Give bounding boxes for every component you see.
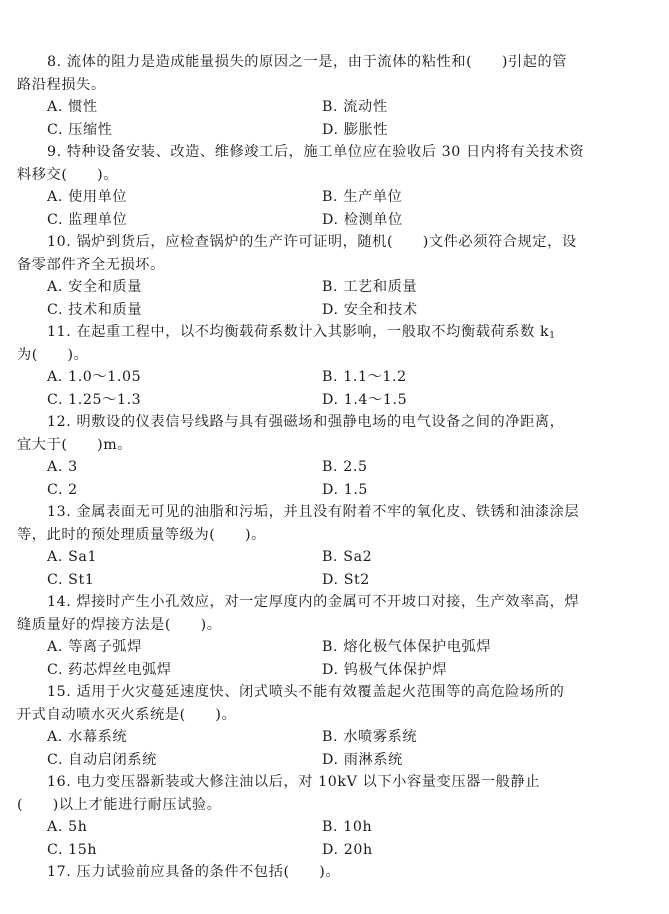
option-d: D. 安全和技术	[322, 299, 418, 322]
question-text-continued: 开式自动喷水灭火系统是( )。	[0, 704, 669, 727]
option-d: D. 钨极气体保护焊	[322, 659, 447, 682]
question-text-main: 11. 在起重工程中，以不均衡载荷系数计入其影响，一般取不均衡载荷系数 k	[47, 324, 549, 340]
option-b: B. 生产单位	[322, 186, 402, 209]
question-text: 13. 金属表面无可见的油脂和污垢，并且没有附着不牢的氧化皮、铁锈和油漆涂层	[0, 501, 669, 524]
question-12: 12. 明敷设的仪表信号线路与具有强磁场和强静电场的电气设备之间的净距离， 宜大…	[0, 411, 669, 501]
option-d: D. 1.5	[322, 479, 368, 502]
option-a: A. 安全和质量	[0, 276, 322, 299]
question-text: 8. 流体的阻力是造成能量损失的原因之一是，由于流体的粘性和( )引起的管	[0, 51, 669, 74]
option-b: B. 水喷雾系统	[322, 726, 417, 749]
question-text-continued: 等，此时的预处理质量等级为( )。	[0, 524, 669, 547]
subscript: 1	[549, 331, 555, 341]
exam-page: 8. 流体的阻力是造成能量损失的原因之一是，由于流体的粘性和( )引起的管 路沿…	[0, 0, 669, 914]
question-text: 14. 焊接时产生小孔效应，对一定厚度内的金属可不开坡口对接，生产效率高，焊	[0, 591, 669, 614]
question-text-continued: 缝质量好的焊接方法是( )。	[0, 614, 669, 637]
question-10: 10. 锅炉到货后，应检查锅炉的生产许可证明，随机( )文件必须符合规定，设 备…	[0, 231, 669, 321]
option-d: D. 1.4～1.5	[322, 389, 407, 412]
option-b: B. Sa2	[322, 546, 372, 569]
question-text-continued: 路沿程损失。	[0, 74, 669, 97]
option-a: A. 1.0～1.05	[0, 366, 322, 389]
option-a: A. 惯性	[0, 96, 322, 119]
option-c: C. 1.25～1.3	[0, 389, 322, 412]
option-c: C. 监理单位	[0, 209, 322, 232]
question-text-continued: ( )以上才能进行耐压试验。	[0, 794, 669, 817]
option-b: B. 10h	[322, 816, 372, 839]
option-a: A. 等离子弧焊	[0, 636, 322, 659]
question-8: 8. 流体的阻力是造成能量损失的原因之一是，由于流体的粘性和( )引起的管 路沿…	[0, 51, 669, 141]
question-text: 10. 锅炉到货后，应检查锅炉的生产许可证明，随机( )文件必须符合规定，设	[0, 231, 669, 254]
option-d: D. 20h	[322, 839, 373, 862]
option-d: D. 雨淋系统	[322, 749, 403, 772]
question-11: 11. 在起重工程中，以不均衡载荷系数计入其影响，一般取不均衡载荷系数 k1 为…	[0, 321, 669, 411]
question-text: 9. 特种设备安装、改造、维修竣工后，施工单位应在验收后 30 日内将有关技术资	[0, 141, 669, 164]
question-text: 17. 压力试验前应具备的条件不包括( )。	[0, 861, 669, 884]
question-text: 15. 适用于火灾蔓延速度快、闭式喷头不能有效覆盖起火范围等的高危险场所的	[0, 681, 669, 704]
option-b: B. 流动性	[322, 96, 388, 119]
option-c: C. 自动启闭系统	[0, 749, 322, 772]
option-c: C. St1	[0, 569, 322, 592]
option-c: C. 15h	[0, 839, 322, 862]
option-c: C. 技术和质量	[0, 299, 322, 322]
option-b: B. 工艺和质量	[322, 276, 417, 299]
option-c: C. 药芯焊丝电弧焊	[0, 659, 322, 682]
option-b: B. 1.1～1.2	[322, 366, 407, 389]
question-text: 12. 明敷设的仪表信号线路与具有强磁场和强静电场的电气设备之间的净距离，	[0, 411, 669, 434]
question-13: 13. 金属表面无可见的油脂和污垢，并且没有附着不牢的氧化皮、铁锈和油漆涂层 等…	[0, 501, 669, 591]
question-9: 9. 特种设备安装、改造、维修竣工后，施工单位应在验收后 30 日内将有关技术资…	[0, 141, 669, 231]
option-d: D. 膨胀性	[322, 119, 388, 142]
question-text-continued: 为( )。	[0, 344, 669, 367]
option-c: C. 2	[0, 479, 322, 502]
option-d: D. St2	[322, 569, 370, 592]
question-text: 16. 电力变压器新装或大修注油以后，对 10kV 以下小容量变压器一般静止	[0, 771, 669, 794]
option-b: B. 熔化极气体保护电弧焊	[322, 636, 491, 659]
option-c: C. 压缩性	[0, 119, 322, 142]
option-d: D. 检测单位	[322, 209, 403, 232]
option-b: B. 2.5	[322, 456, 368, 479]
option-a: A. Sa1	[0, 546, 322, 569]
question-16: 16. 电力变压器新装或大修注油以后，对 10kV 以下小容量变压器一般静止 (…	[0, 771, 669, 861]
question-text: 11. 在起重工程中，以不均衡载荷系数计入其影响，一般取不均衡载荷系数 k1	[0, 321, 669, 344]
option-a: A. 水幕系统	[0, 726, 322, 749]
option-a: A. 3	[0, 456, 322, 479]
question-text-continued: 料移交( )。	[0, 164, 669, 187]
option-a: A. 5h	[0, 816, 322, 839]
question-17: 17. 压力试验前应具备的条件不包括( )。	[0, 861, 669, 884]
question-text-continued: 宜大于( )m。	[0, 434, 669, 457]
option-a: A. 使用单位	[0, 186, 322, 209]
question-15: 15. 适用于火灾蔓延速度快、闭式喷头不能有效覆盖起火范围等的高危险场所的 开式…	[0, 681, 669, 771]
question-text-continued: 备零部件齐全无损坏。	[0, 254, 669, 277]
question-14: 14. 焊接时产生小孔效应，对一定厚度内的金属可不开坡口对接，生产效率高，焊 缝…	[0, 591, 669, 681]
